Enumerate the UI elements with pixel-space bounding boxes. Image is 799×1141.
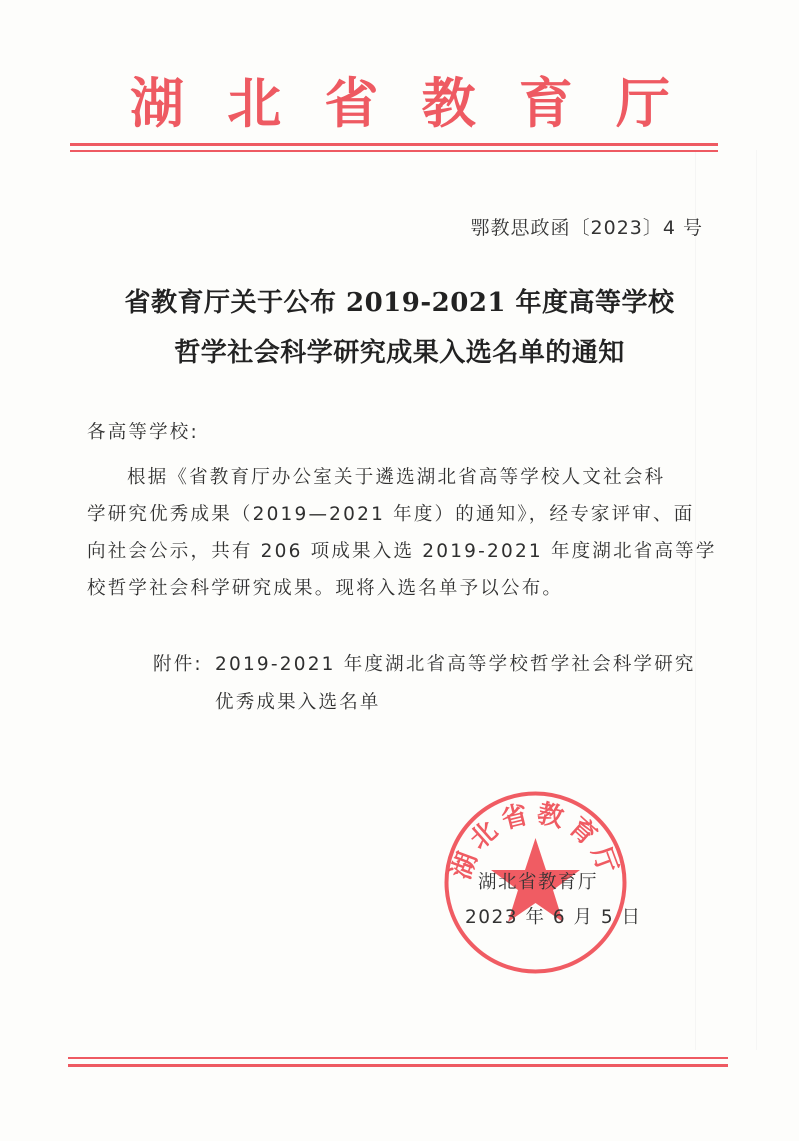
body-line: 校哲学社会科学研究成果。现将入选名单予以公布。 [87, 574, 563, 600]
attachment-label: 附件: [153, 650, 203, 676]
footer-rule-thin [68, 1057, 728, 1059]
body-line: 根据《省教育厅办公室关于遴选湖北省高等学校人文社会科 [127, 463, 665, 489]
issue-date: 2023 年 6 月 5 日 [465, 903, 642, 929]
issuer-name: 湖北省教育厅 [478, 868, 598, 894]
footer-rule-thick [68, 1064, 728, 1067]
masthead-char: 教 [422, 76, 476, 130]
body-line: 向社会公示，共有 206 项成果入选 2019-2021 年度湖北省高等学 [87, 537, 717, 563]
notice-title-line2: 哲学社会科学研究成果入选名单的通知 [0, 332, 799, 369]
masthead-char: 湖 [130, 76, 184, 130]
masthead-char: 厅 [616, 76, 670, 130]
attachment-title-line2: 优秀成果入选名单 [215, 688, 381, 714]
masthead-char: 育 [519, 76, 573, 130]
attachment-title-line1: 2019-2021 年度湖北省高等学校哲学社会科学研究 [215, 650, 696, 676]
masthead-rule-thin [70, 150, 718, 152]
masthead-char: 北 [227, 76, 281, 130]
body-line: 学研究优秀成果（2019—2021 年度）的通知》，经专家评审、面 [87, 500, 694, 526]
masthead: 湖 北 省 教 育 厅 [90, 68, 710, 138]
salutation: 各高等学校: [87, 418, 199, 444]
masthead-rule-thick [70, 143, 718, 146]
document-number: 鄂教思政函〔2023〕4 号 [471, 213, 703, 240]
masthead-char: 省 [324, 76, 378, 130]
notice-title-line1: 省教育厅关于公布 2019-2021 年度高等学校 [0, 282, 799, 319]
